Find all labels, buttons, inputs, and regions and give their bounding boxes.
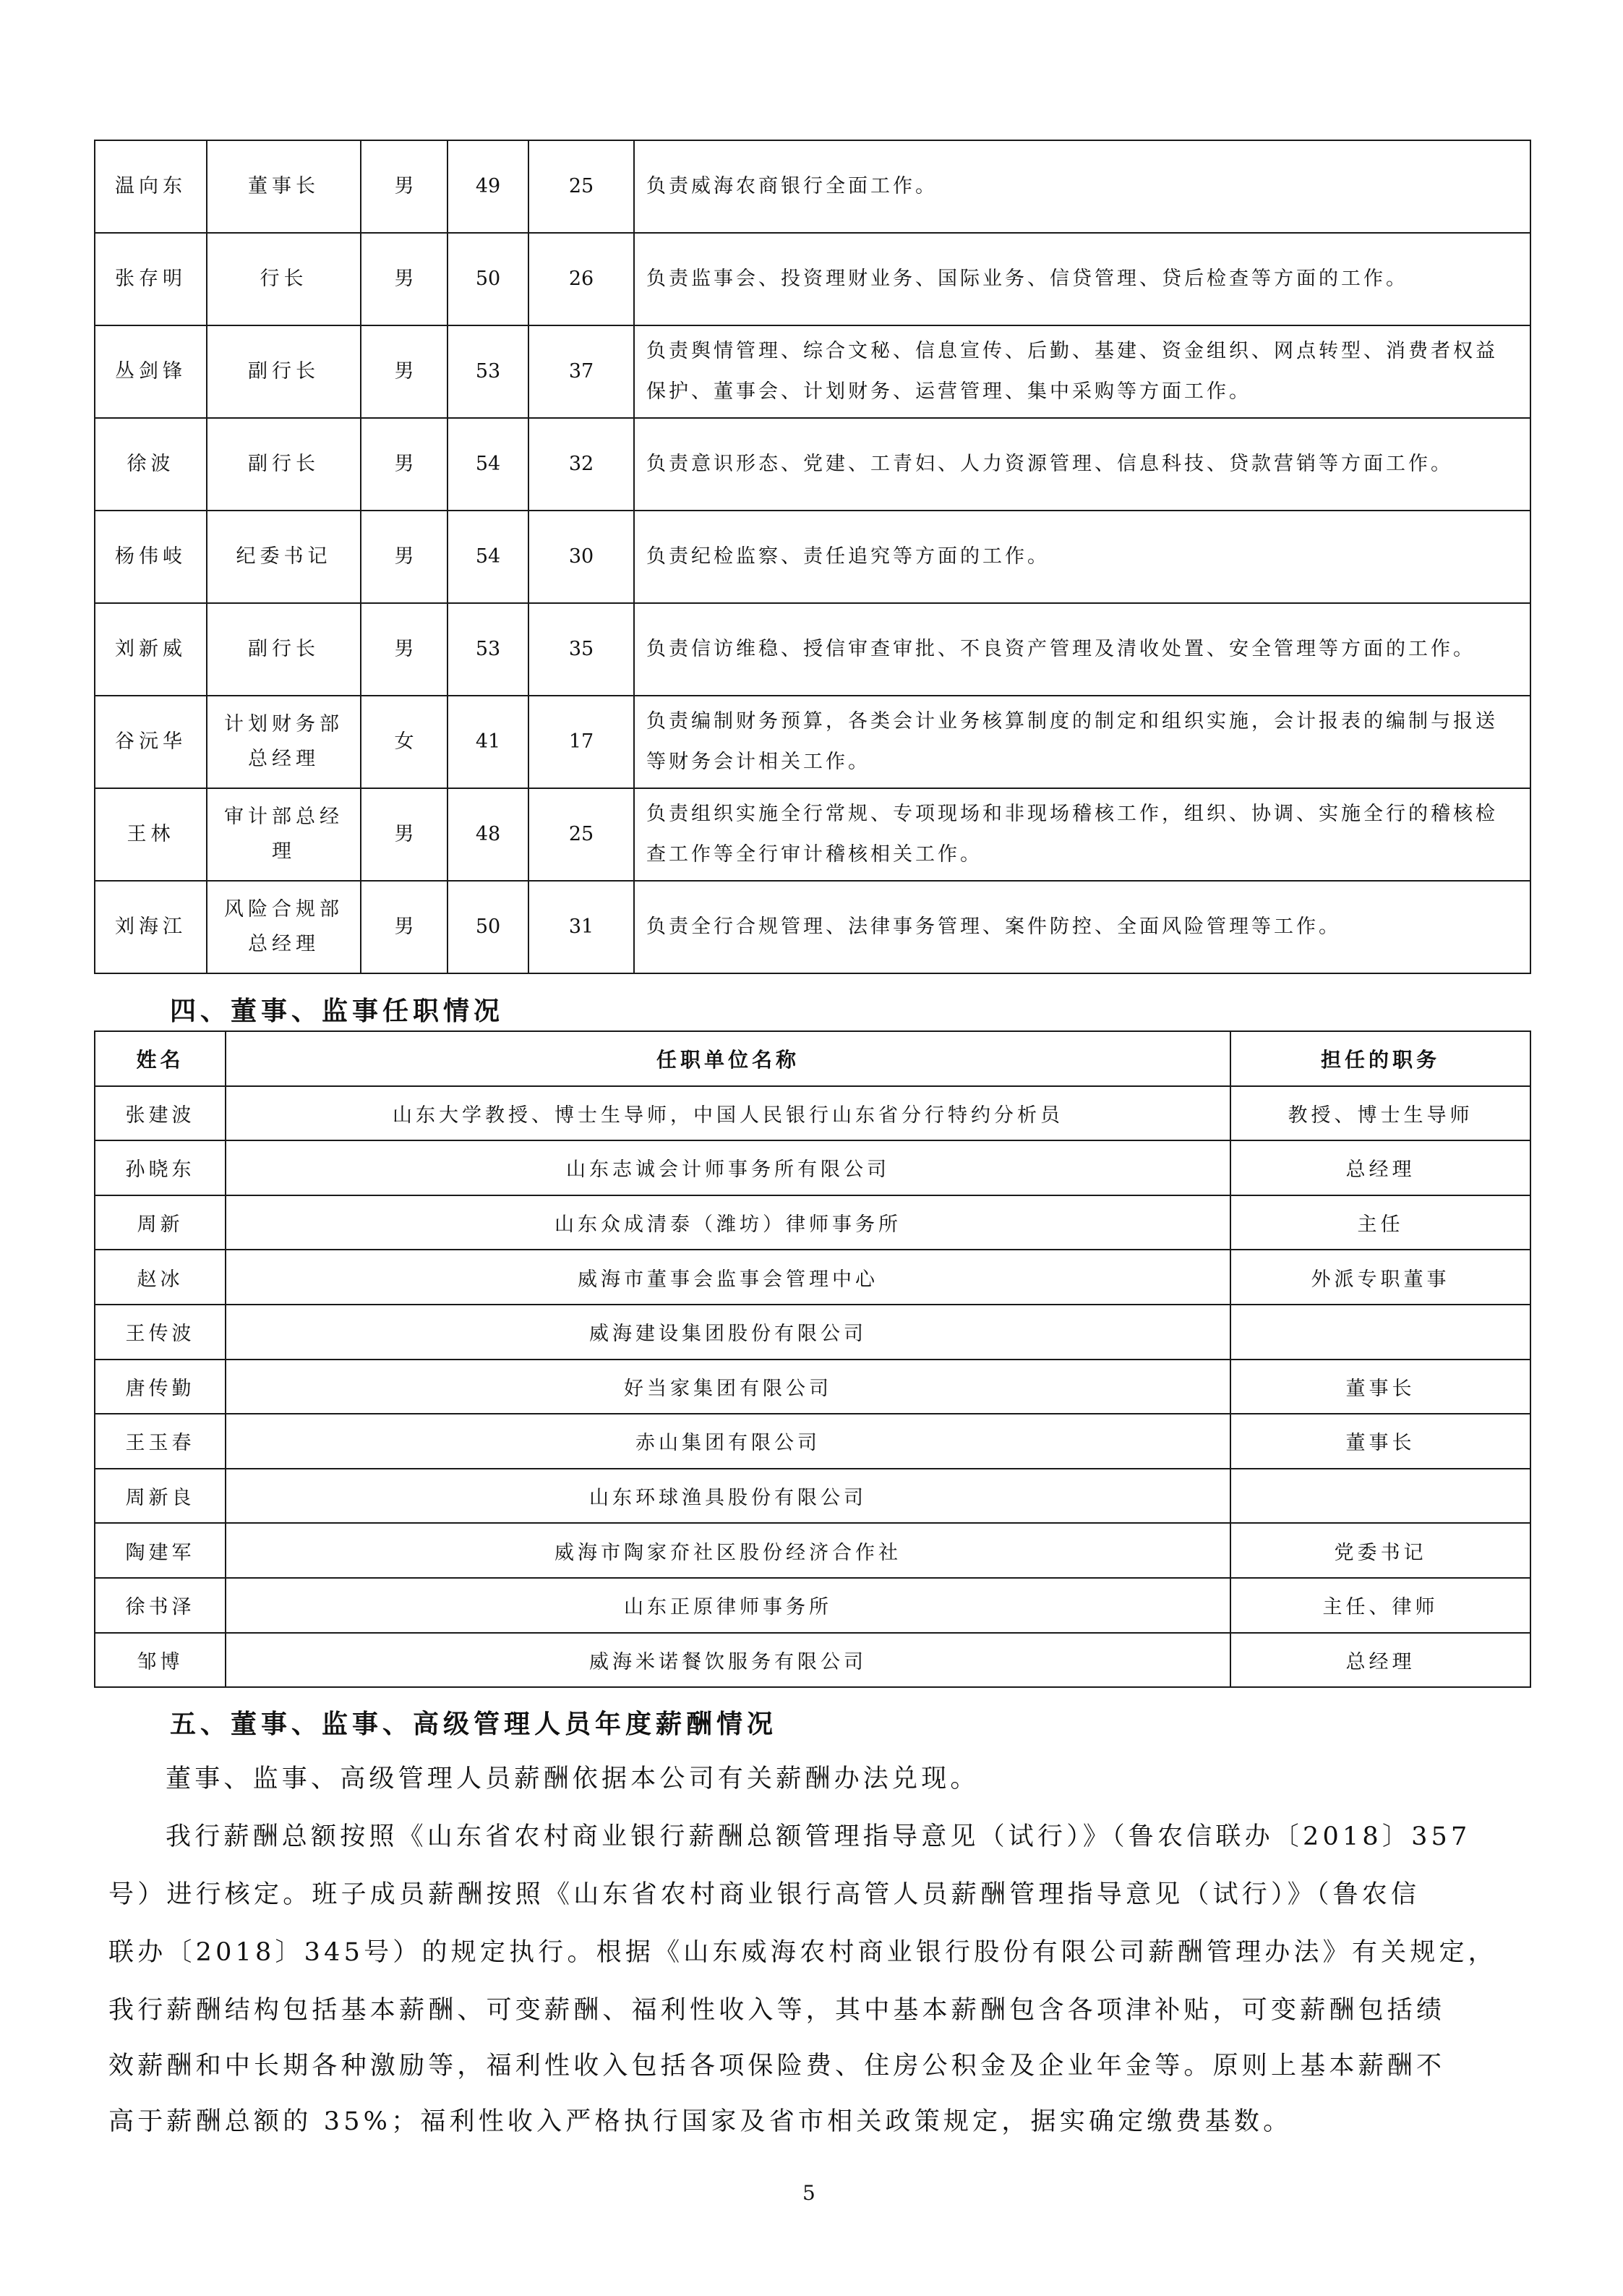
- exec-gender: 男: [361, 603, 447, 696]
- exec-age: 41: [447, 696, 528, 788]
- director-position: 董事长: [1230, 1360, 1530, 1414]
- table-row: 杨伟岐 纪委书记 男 54 30 负责纪检监察、责任追究等方面的工作。: [95, 511, 1530, 603]
- compensation-paragraph-1: 董事、监事、高级管理人员薪酬依据本公司有关薪酬办法兑现。: [166, 1763, 1517, 1795]
- compensation-paragraph-2-line-6: 高于薪酬总额的 35%；福利性收入严格执行国家及省市相关政策规定，据实确定缴费基…: [108, 2106, 1518, 2138]
- exec-name: 杨伟岐: [95, 511, 207, 603]
- header-position: 担任的职务: [1230, 1031, 1530, 1086]
- exec-age: 54: [447, 511, 528, 603]
- table-row: 徐波 副行长 男 54 32 负责意识形态、党建、工青妇、人力资源管理、信息科技…: [95, 418, 1530, 511]
- exec-name: 徐波: [95, 418, 207, 511]
- table-row: 刘新威 副行长 男 53 35 负责信访维稳、授信审查审批、不良资产管理及清收处…: [95, 603, 1530, 696]
- directors-positions-table: 姓名 任职单位名称 担任的职务 张建波 山东大学教授、博士生导师，中国人民银行山…: [94, 1030, 1531, 1688]
- exec-name: 刘新威: [95, 603, 207, 696]
- exec-gender: 男: [361, 881, 447, 973]
- compensation-paragraph-2-line-3: 联办〔2018〕345号）的规定执行。根据《山东威海农村商业银行股份有限公司薪酬…: [108, 1937, 1518, 1968]
- director-name: 王传波: [95, 1305, 226, 1360]
- exec-age: 54: [447, 418, 528, 511]
- header-unit: 任职单位名称: [226, 1031, 1230, 1086]
- director-name: 张建波: [95, 1086, 226, 1141]
- director-position: 外派专职董事: [1230, 1250, 1530, 1305]
- exec-duties: 负责监事会、投资理财业务、国际业务、信贷管理、贷后检查等方面的工作。: [634, 233, 1530, 325]
- exec-title: 行长: [207, 233, 361, 325]
- table-row: 张建波 山东大学教授、博士生导师，中国人民银行山东省分行特约分析员 教授、博士生…: [95, 1086, 1530, 1141]
- exec-gender: 男: [361, 140, 447, 233]
- exec-duties: 负责全行合规管理、法律事务管理、案件防控、全面风险管理等工作。: [634, 881, 1530, 973]
- exec-duties: 负责纪检监察、责任追究等方面的工作。: [634, 511, 1530, 603]
- exec-name: 谷沅华: [95, 696, 207, 788]
- table-row: 王传波 威海建设集团股份有限公司: [95, 1305, 1530, 1360]
- exec-gender: 男: [361, 325, 447, 418]
- exec-age: 53: [447, 603, 528, 696]
- table-row: 王玉春 赤山集团有限公司 董事长: [95, 1414, 1530, 1469]
- exec-name: 王林: [95, 788, 207, 881]
- exec-duties: 负责舆情管理、综合文秘、信息宣传、后勤、基建、资金组织、网点转型、消费者权益保护…: [634, 325, 1530, 418]
- table-row: 赵冰 威海市董事会监事会管理中心 外派专职董事: [95, 1250, 1530, 1305]
- exec-title: 董事长: [207, 140, 361, 233]
- table-row: 徐书泽 山东正原律师事务所 主任、律师: [95, 1578, 1530, 1633]
- section-heading-compensation: 五、董事、监事、高级管理人员年度薪酬情况: [170, 1708, 777, 1740]
- director-position: 总经理: [1230, 1633, 1530, 1688]
- exec-gender: 男: [361, 511, 447, 603]
- exec-title: 副行长: [207, 603, 361, 696]
- director-name: 王玉春: [95, 1414, 226, 1469]
- compensation-paragraph-2-line-4: 我行薪酬结构包括基本薪酬、可变薪酬、福利性收入等，其中基本薪酬包含各项津补贴，可…: [108, 1994, 1518, 2026]
- exec-gender: 男: [361, 233, 447, 325]
- exec-duties: 负责信访维稳、授信审查审批、不良资产管理及清收处置、安全管理等方面的工作。: [634, 603, 1530, 696]
- director-name: 赵冰: [95, 1250, 226, 1305]
- executives-table: 温向东 董事长 男 49 25 负责威海农商银行全面工作。 张存明 行长 男 5…: [94, 140, 1531, 974]
- exec-title: 纪委书记: [207, 511, 361, 603]
- table-row: 孙晓东 山东志诚会计师事务所有限公司 总经理: [95, 1140, 1530, 1195]
- director-unit: 好当家集团有限公司: [226, 1360, 1230, 1414]
- director-position: 主任: [1230, 1195, 1530, 1250]
- table-row: 温向东 董事长 男 49 25 负责威海农商银行全面工作。: [95, 140, 1530, 233]
- exec-years: 30: [528, 511, 634, 603]
- exec-title: 风险合规部总经理: [207, 881, 361, 973]
- compensation-paragraph-2-line-1: 我行薪酬总额按照《山东省农村商业银行薪酬总额管理指导意见（试行）》（鲁农信联办〔…: [166, 1821, 1517, 1853]
- table-header-row: 姓名 任职单位名称 担任的职务: [95, 1031, 1530, 1086]
- exec-duties: 负责威海农商银行全面工作。: [634, 140, 1530, 233]
- header-name: 姓名: [95, 1031, 226, 1086]
- director-unit: 威海建设集团股份有限公司: [226, 1305, 1230, 1360]
- table-row: 周新良 山东环球渔具股份有限公司: [95, 1469, 1530, 1524]
- director-unit: 威海市董事会监事会管理中心: [226, 1250, 1230, 1305]
- table-row: 唐传勤 好当家集团有限公司 董事长: [95, 1360, 1530, 1414]
- director-name: 唐传勤: [95, 1360, 226, 1414]
- director-unit: 赤山集团有限公司: [226, 1414, 1230, 1469]
- director-unit: 威海市陶家夼社区股份经济合作社: [226, 1523, 1230, 1578]
- director-name: 邹博: [95, 1633, 226, 1688]
- director-name: 孙晓东: [95, 1140, 226, 1195]
- exec-age: 48: [447, 788, 528, 881]
- exec-years: 25: [528, 788, 634, 881]
- director-unit: 山东志诚会计师事务所有限公司: [226, 1140, 1230, 1195]
- exec-title: 审计部总经理: [207, 788, 361, 881]
- director-position: [1230, 1305, 1530, 1360]
- exec-duties: 负责组织实施全行常规、专项现场和非现场稽核工作，组织、协调、实施全行的稽核检查工…: [634, 788, 1530, 881]
- director-unit: 山东众成清泰（潍坊）律师事务所: [226, 1195, 1230, 1250]
- director-position: 教授、博士生导师: [1230, 1086, 1530, 1141]
- table-row: 王林 审计部总经理 男 48 25 负责组织实施全行常规、专项现场和非现场稽核工…: [95, 788, 1530, 881]
- director-position: 党委书记: [1230, 1523, 1530, 1578]
- compensation-paragraph-2-line-5: 效薪酬和中长期各种激励等，福利性收入包括各项保险费、住房公积金及企业年金等。原则…: [108, 2050, 1518, 2082]
- exec-years: 32: [528, 418, 634, 511]
- table-row: 丛剑锋 副行长 男 53 37 负责舆情管理、综合文秘、信息宣传、后勤、基建、资…: [95, 325, 1530, 418]
- director-unit: 山东环球渔具股份有限公司: [226, 1469, 1230, 1524]
- table-row: 张存明 行长 男 50 26 负责监事会、投资理财业务、国际业务、信贷管理、贷后…: [95, 233, 1530, 325]
- director-position: 总经理: [1230, 1140, 1530, 1195]
- director-position: 董事长: [1230, 1414, 1530, 1469]
- exec-years: 37: [528, 325, 634, 418]
- exec-age: 49: [447, 140, 528, 233]
- director-name: 徐书泽: [95, 1578, 226, 1633]
- exec-title: 副行长: [207, 418, 361, 511]
- table-row: 周新 山东众成清泰（潍坊）律师事务所 主任: [95, 1195, 1530, 1250]
- exec-years: 26: [528, 233, 634, 325]
- exec-title: 计划财务部总经理: [207, 696, 361, 788]
- director-position: 主任、律师: [1230, 1578, 1530, 1633]
- director-unit: 山东大学教授、博士生导师，中国人民银行山东省分行特约分析员: [226, 1086, 1230, 1141]
- page-number: 5: [802, 2181, 815, 2205]
- compensation-paragraph-2-line-2: 号）进行核定。班子成员薪酬按照《山东省农村商业银行高管人员薪酬管理指导意见（试行…: [108, 1879, 1518, 1911]
- exec-age: 50: [447, 881, 528, 973]
- director-position: [1230, 1469, 1530, 1524]
- table-row: 陶建军 威海市陶家夼社区股份经济合作社 党委书记: [95, 1523, 1530, 1578]
- director-name: 周新: [95, 1195, 226, 1250]
- exec-years: 25: [528, 140, 634, 233]
- director-unit: 山东正原律师事务所: [226, 1578, 1230, 1633]
- exec-name: 温向东: [95, 140, 207, 233]
- exec-duties: 负责编制财务预算，各类会计业务核算制度的制定和组织实施，会计报表的编制与报送等财…: [634, 696, 1530, 788]
- exec-age: 53: [447, 325, 528, 418]
- director-name: 陶建军: [95, 1523, 226, 1578]
- exec-title: 副行长: [207, 325, 361, 418]
- exec-age: 50: [447, 233, 528, 325]
- section-heading-directors-positions: 四、董事、监事任职情况: [170, 995, 504, 1027]
- table-row: 刘海江 风险合规部总经理 男 50 31 负责全行合规管理、法律事务管理、案件防…: [95, 881, 1530, 973]
- exec-gender: 男: [361, 418, 447, 511]
- director-unit: 威海米诺餐饮服务有限公司: [226, 1633, 1230, 1688]
- exec-years: 35: [528, 603, 634, 696]
- table-row: 谷沅华 计划财务部总经理 女 41 17 负责编制财务预算，各类会计业务核算制度…: [95, 696, 1530, 788]
- exec-name: 刘海江: [95, 881, 207, 973]
- table-row: 邹博 威海米诺餐饮服务有限公司 总经理: [95, 1633, 1530, 1688]
- exec-name: 丛剑锋: [95, 325, 207, 418]
- exec-years: 17: [528, 696, 634, 788]
- exec-years: 31: [528, 881, 634, 973]
- exec-name: 张存明: [95, 233, 207, 325]
- exec-gender: 男: [361, 788, 447, 881]
- exec-duties: 负责意识形态、党建、工青妇、人力资源管理、信息科技、贷款营销等方面工作。: [634, 418, 1530, 511]
- exec-gender: 女: [361, 696, 447, 788]
- director-name: 周新良: [95, 1469, 226, 1524]
